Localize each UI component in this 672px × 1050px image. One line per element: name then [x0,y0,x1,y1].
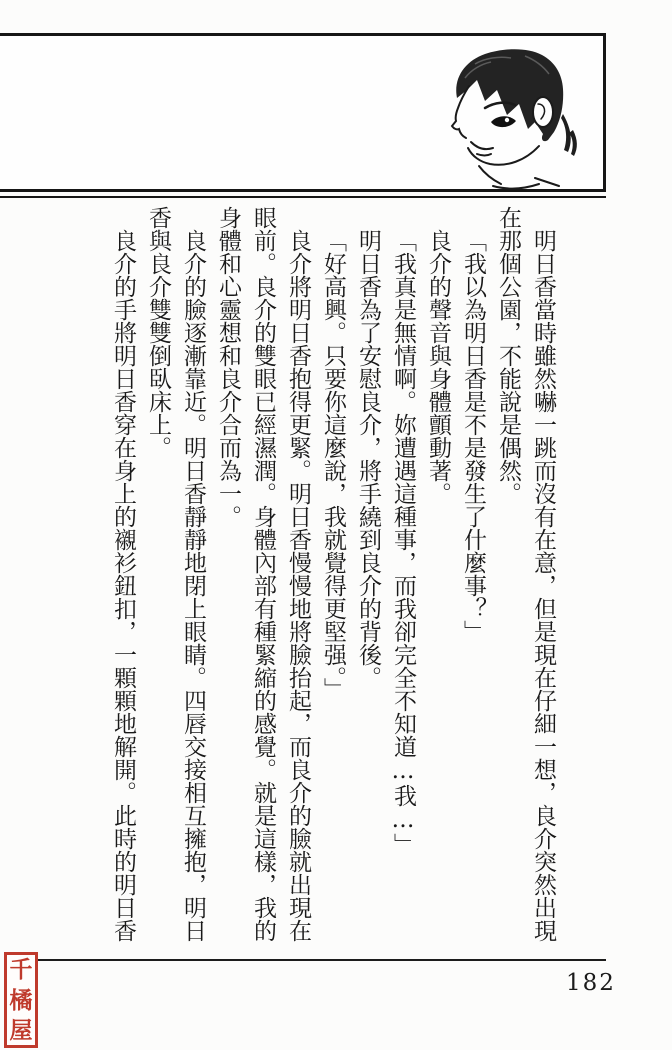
paragraph: 明日香當時雖然嚇一跳而沒有在意，但是現在仔細一想，良介突然出現在那個公園，不能說… [490,206,560,962]
publisher-seal: 千 橘 屋 [4,952,38,1048]
novel-text: 明日香當時雖然嚇一跳而沒有在意，但是現在仔細一想，良介突然出現在那個公園，不能說… [100,206,560,962]
collar-line [493,178,559,189]
character-illustration [435,34,607,190]
footer-rule [36,959,606,961]
page-number: 182 [566,970,616,996]
novel-page: 明日香當時雖然嚇一跳而沒有在意，但是現在仔細一想，良介突然出現在那個公園，不能說… [0,0,672,1050]
seal-character: 千 [10,958,33,981]
mouth [471,142,493,156]
illustration-frame-underline [0,196,606,198]
ear [533,97,553,127]
paragraph: 良介將明日香抱得更緊。明日香慢慢地將臉抬起，而良介的臉就出現在眼前。良介的雙眼已… [210,206,315,962]
paragraph: 「我以為明日香是不是發生了什麼事？」 [455,206,490,962]
seal-character: 橘 [10,989,33,1012]
paragraph: 「好高興。只要你這麼說，我就覺得更堅强。」 [315,206,350,962]
eye [491,116,516,127]
seal-character: 屋 [10,1019,33,1042]
hair-shape [456,49,563,141]
paragraph: 明日香為了安慰良介，將手繞到良介的背後。 [350,206,385,962]
paragraph: 良介的手將明日香穿在身上的襯衫鈕扣，一顆顆地解開。此時的明日香 [105,206,140,962]
paragraph: 良介的臉逐漸靠近。明日香靜靜地閉上眼睛。四唇交接相互擁抱，明日香與良介雙雙倒臥床… [140,206,210,962]
paragraph: 良介的聲音與身體顫動著。 [420,206,455,962]
eye-highlight [505,118,509,122]
paragraph: 「我真是無情啊。妳遭遇這種事，而我卻完全不知道…我…」 [385,206,420,962]
neck-line [479,166,501,184]
